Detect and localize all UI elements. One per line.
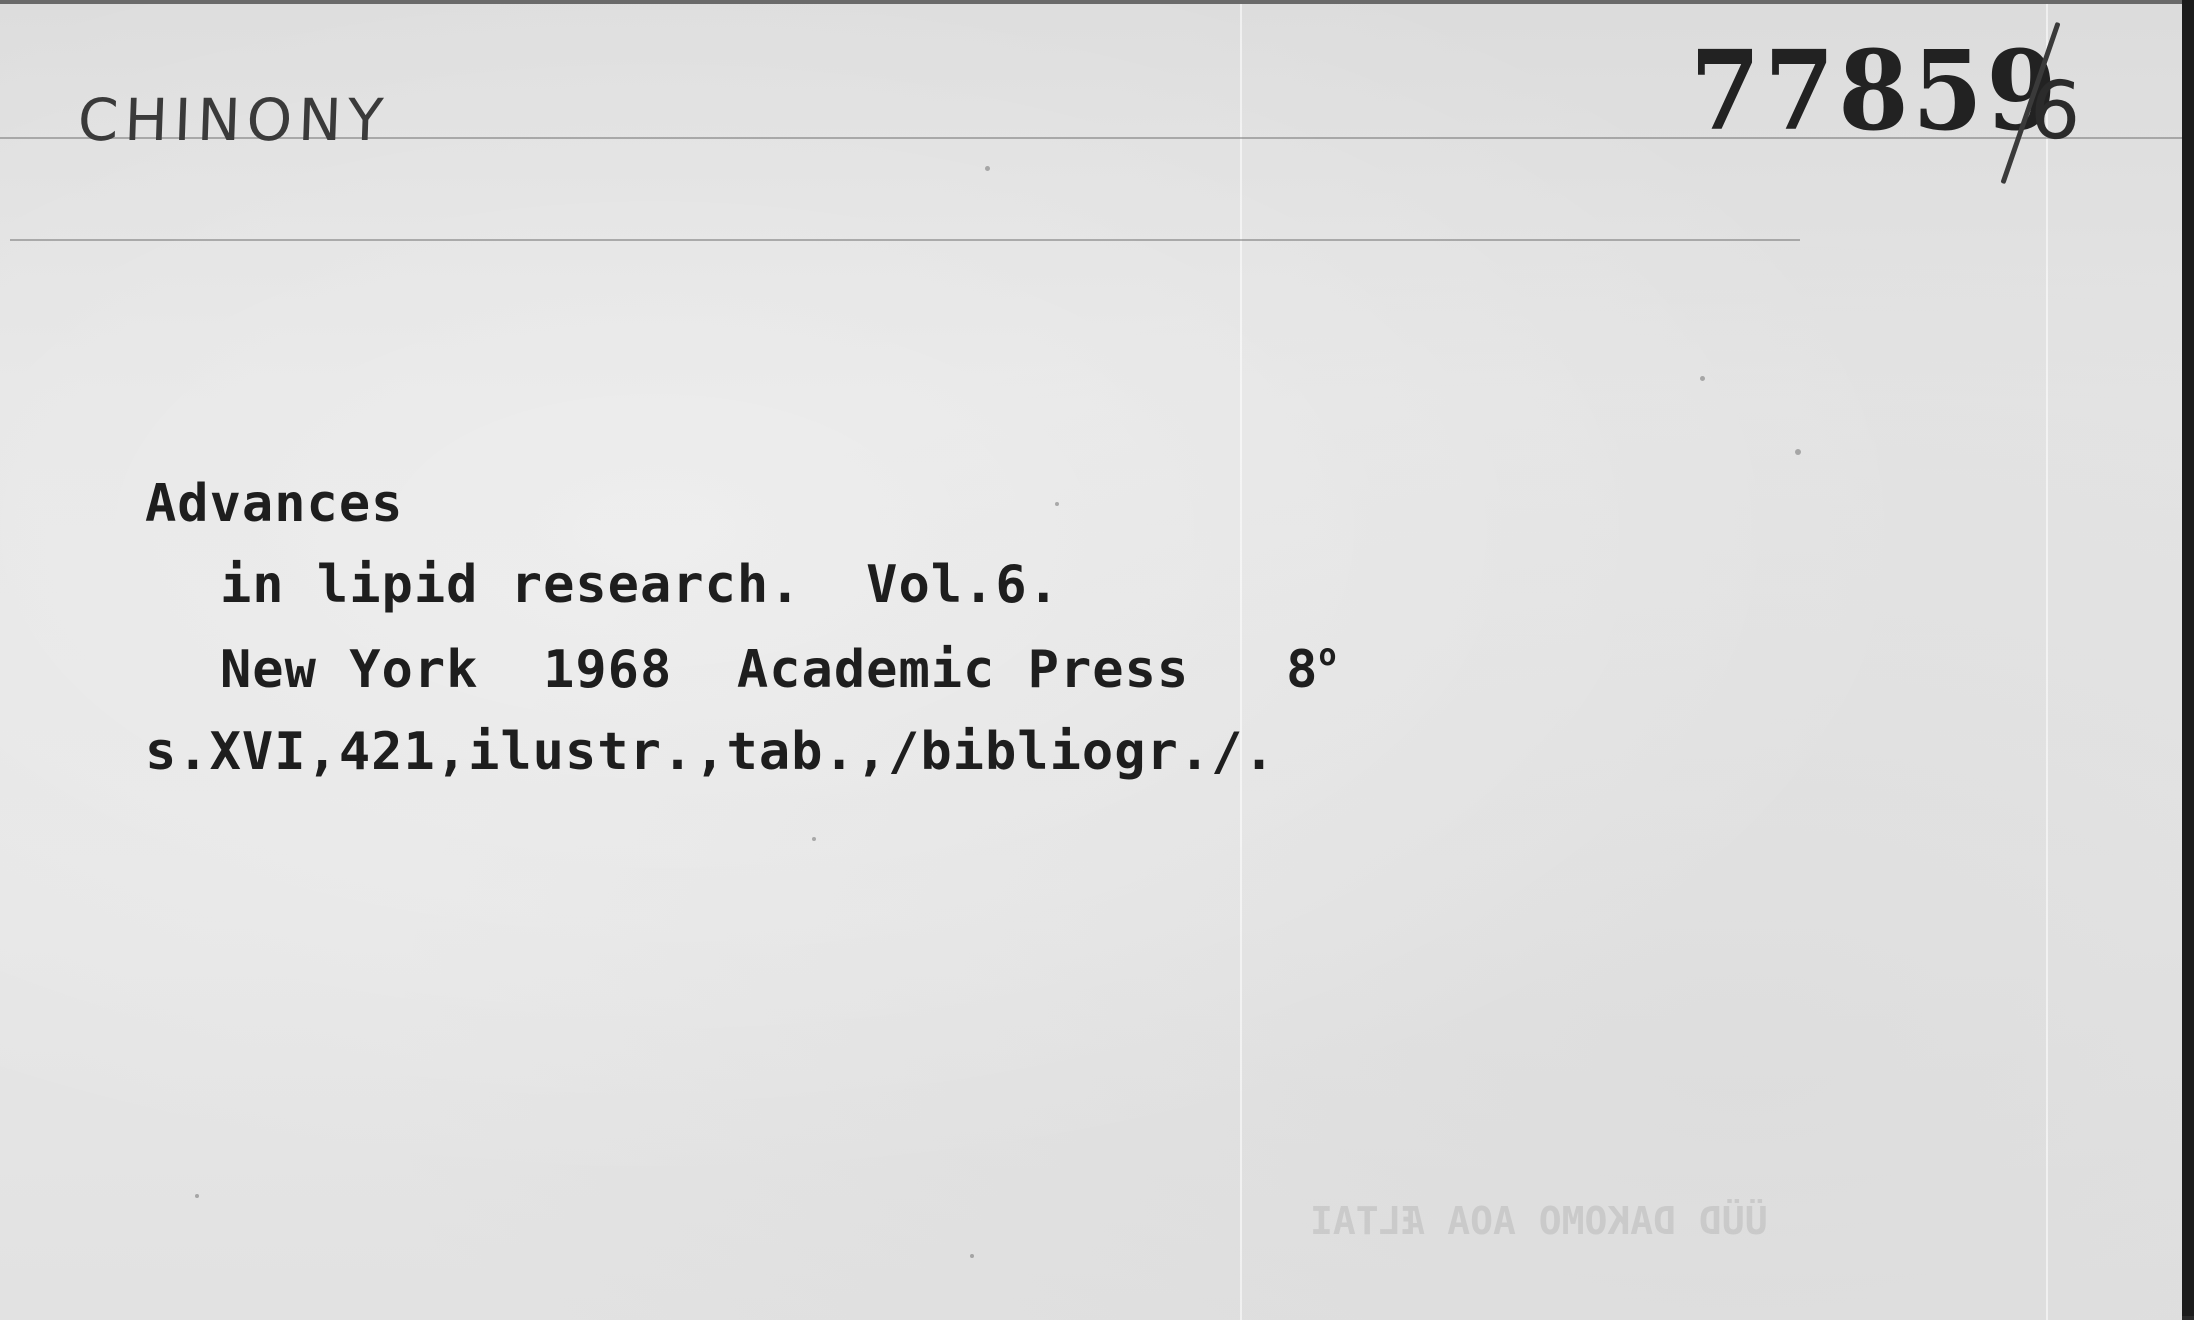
card-crease <box>2046 4 2048 1316</box>
imprint-line: New York 1968 Academic Press 8o <box>220 638 1338 700</box>
paper-speck <box>1795 449 1801 455</box>
call-number-suffix: 6 <box>2027 62 2084 158</box>
paper-speck <box>195 1194 199 1198</box>
collation-line: s.XVI,421,ilustr.,tab.,/bibliogr./. <box>145 722 1276 782</box>
imprint-text: New York 1968 Academic Press 8 <box>220 640 1318 700</box>
call-number: 77859 <box>1690 26 2060 155</box>
catalog-card: CHINONY 77859 6 Advances in lipid resear… <box>0 0 2182 1316</box>
paper-speck <box>1700 376 1705 381</box>
paper-speck <box>1055 502 1059 506</box>
ruled-line-second <box>10 239 1800 241</box>
title-line-1: Advances <box>145 474 403 534</box>
subject-heading: CHINONY <box>77 86 390 154</box>
paper-speck <box>970 1254 974 1258</box>
card-edge-shadow <box>2182 0 2194 1316</box>
paper-speck <box>985 166 990 171</box>
title-line-2: in lipid research. Vol.6. <box>220 555 1060 615</box>
bleed-through-text: ÜÜD DAKOMO AOA ÆLTAI <box>1310 1199 1768 1243</box>
format-superscript: o <box>1318 638 1337 673</box>
paper-speck <box>812 837 816 841</box>
